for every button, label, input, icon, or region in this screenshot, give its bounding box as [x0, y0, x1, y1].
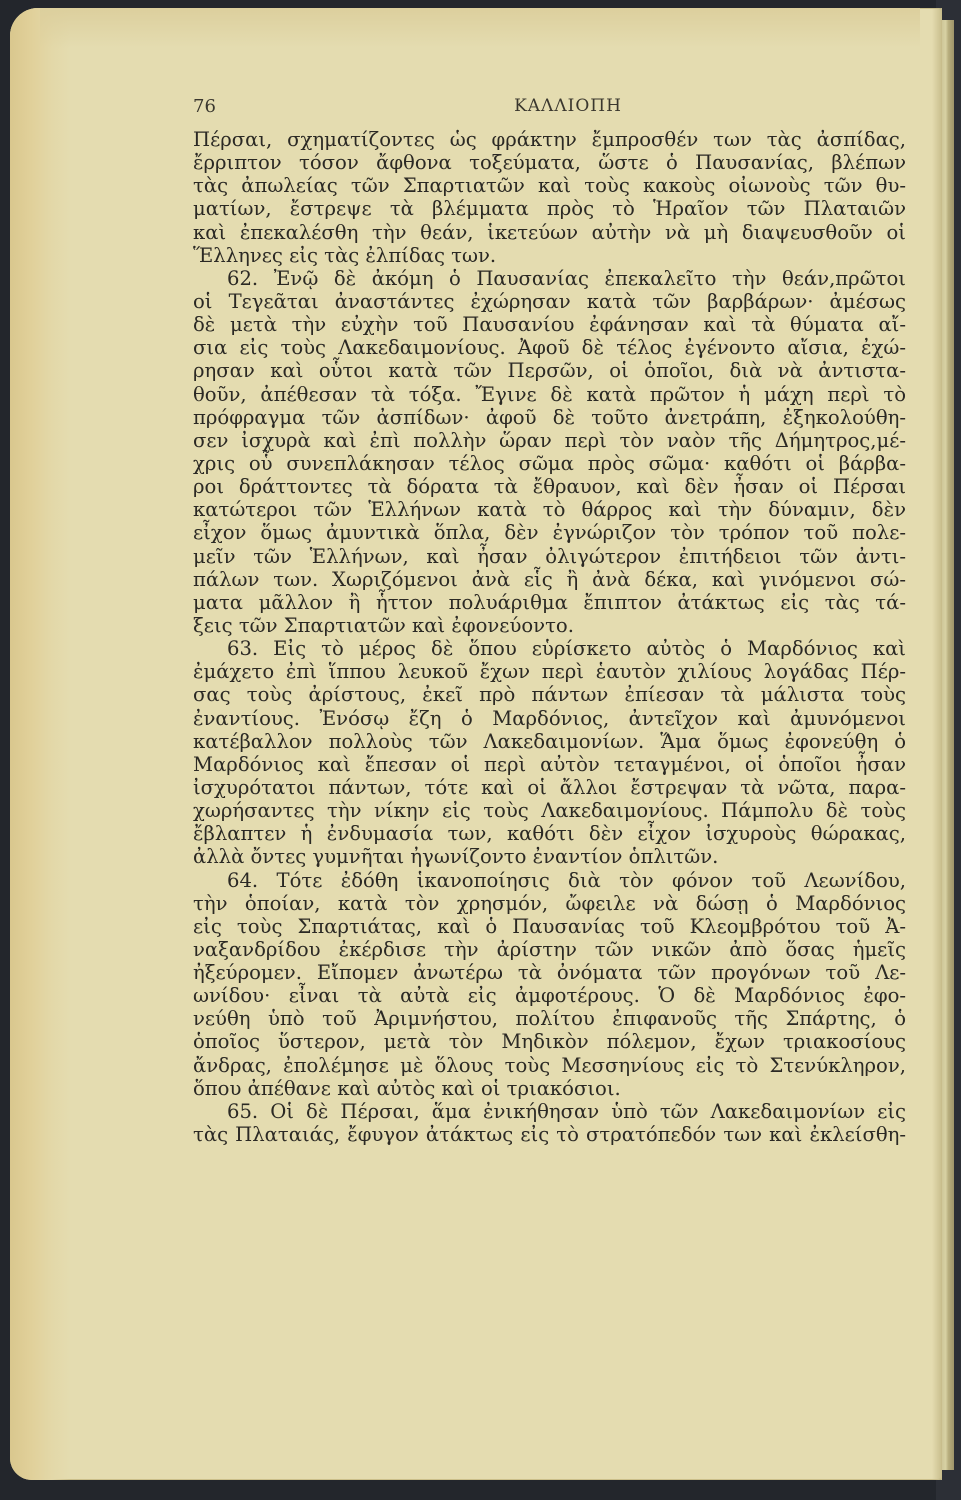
text-line: Μαρδόνιος καὶ ἔπεσαν οἱ περὶ αὐτὸν τεταγ…	[193, 753, 906, 776]
text-line: ἔβλαπτεν ἡ ἐνδυμασία των, καθότι δὲν εἶχ…	[193, 822, 906, 845]
text-line: ξεις τῶν Σπαρτιατῶν καὶ ἐφονεύοντο.	[193, 614, 906, 637]
text-line: Ἕλληνες εἰς τὰς ἐλπίδας των.	[193, 244, 906, 267]
text-line: κατέβαλλον πολλοὺς τῶν Λακεδαιμονίων. Ἅμ…	[193, 730, 906, 753]
text-line: σια εἰς τοὺς Λακεδαιμονίους. Ἀφοῦ δὲ τέλ…	[193, 336, 906, 359]
text-line: ἀλλὰ ὄντες γυμνῆται ἠγωνίζοντο ἐναντίον …	[193, 845, 906, 868]
body-text: Πέρσαι, σχηματίζοντες ὡς φράκτην ἔμπροσθ…	[193, 128, 906, 1146]
text-line: ρησαν καὶ οὗτοι κατὰ τῶν Περσῶν, οἱ ὁποῖ…	[193, 359, 906, 382]
text-line: 65. Οἱ δὲ Πέρσαι, ἅμα ἐνικήθησαν ὑπὸ τῶν…	[193, 1100, 906, 1123]
text-line: ἠξεύρομεν. Εἴπομεν ἀνωτέρω τὰ ὀνόματα τῶ…	[193, 961, 906, 984]
text-line: ναξανδρίδου ἐκέρδισε τὴν ἀρίστην τῶν νικ…	[193, 938, 906, 961]
running-title: ΚΑΛΛΙΟΠΗ	[193, 96, 903, 116]
text-line: δὲ μετὰ τὴν εὐχὴν τοῦ Παυσανίου ἐφάνησαν…	[193, 313, 906, 336]
text-line: ματα μᾶλλον ἢ ἧττον πολυάριθμα ἔπιπτον ἀ…	[193, 591, 906, 614]
text-line: χωρήσαντες τὴν νίκην εἰς τοὺς Λακεδαιμον…	[193, 799, 906, 822]
page-stack-edges	[940, 20, 954, 1470]
text-line: εἶχον ὅμως ἀμυντικὰ ὅπλα, δὲν ἐγνώριζον …	[193, 521, 906, 544]
text-line: ἐμάχετο ἐπὶ ἵππου λευκοῦ ἔχων περὶ ἑαυτὸ…	[193, 660, 906, 683]
text-line: μεῖν τῶν Ἑλλήνων, καὶ ἦσαν ὀλιγώτερον ἐπ…	[193, 545, 906, 568]
text-line: τὰς ἀπωλείας τῶν Σπαρτιατῶν καὶ τοὺς κακ…	[193, 174, 906, 197]
text-line: ωνίδου· εἶναι τὰ αὐτὰ εἰς ἀμφοτέρους. Ὁ …	[193, 984, 906, 1007]
page-gutter-shadow	[932, 8, 942, 1480]
running-head: 76 ΚΑΛΛΙΟΠΗ	[193, 96, 903, 120]
text-line: χρις οὗ συνεπλάκησαν τέλος σῶμα πρὸς σῶμ…	[193, 452, 906, 475]
text-line: ὅπου ἀπέθανε καὶ αὐτὸς καὶ οἱ τριακόσιοι…	[193, 1077, 906, 1100]
text-line: πρόφραγμα τῶν ἀσπίδων· ἀφοῦ δὲ τοῦτο ἀνε…	[193, 406, 906, 429]
text-line: τὰς Πλαταιάς, ἔφυγον ἀτάκτως εἰς τὸ στρα…	[193, 1123, 906, 1146]
text-line: οἱ Τεγεᾶται ἀναστάντες ἐχώρησαν κατὰ τῶν…	[193, 290, 906, 313]
text-line: ἰσχυρότατοι πάντων, τότε καὶ οἱ ἄλλοι ἔσ…	[193, 776, 906, 799]
text-line: θοῦν, ἀπέθεσαν τὰ τόξα. Ἔγινε δὲ κατὰ πρ…	[193, 383, 906, 406]
page-top-stain	[40, 8, 920, 48]
text-line: σεν ἰσχυρὰ καὶ ἐπὶ πολλὴν ὥραν περὶ τὸν …	[193, 429, 906, 452]
text-line: καὶ ἐπεκαλέσθη τὴν θεάν, ἱκετεύων αὐτὴν …	[193, 221, 906, 244]
text-line: εἰς τοὺς Σπαρτιάτας, καὶ ὁ Παυσανίας τοῦ…	[193, 915, 906, 938]
text-line: ἐναντίους. Ἐνόσῳ ἔζη ὁ Μαρδόνιος, ἀντεῖχ…	[193, 707, 906, 730]
page-edge-stain	[10, 8, 70, 1480]
text-line: πάλων των. Χωριζόμενοι ἀνὰ εἷς ἢ ἀνὰ δέκ…	[193, 568, 906, 591]
text-line: ἄνδρας, ἐπολέμησε μὲ ὅλους τοὺς Μεσσηνίο…	[193, 1054, 906, 1077]
text-line: ροι δράττοντες τὰ δόρατα τὰ ἔθραυον, καὶ…	[193, 475, 906, 498]
text-line: 62. Ἐνῷ δὲ ἀκόμη ὁ Παυσανίας ἐπεκαλεῖτο …	[193, 267, 906, 290]
text-line: Πέρσαι, σχηματίζοντες ὡς φράκτην ἔμπροσθ…	[193, 128, 906, 151]
text-line: ματίων, ἔστρεψε τὰ βλέμματα πρὸς τὸ Ἡραῖ…	[193, 197, 906, 220]
text-line: 64. Τότε ἐδόθη ἱκανοποίησις διὰ τὸν φόνο…	[193, 869, 906, 892]
text-line: τὴν ὁποίαν, κατὰ τὸν χρησμόν, ὤφειλε νὰ …	[193, 892, 906, 915]
text-line: κατώτεροι τῶν Ἑλλήνων κατὰ τὸ θάρρος καὶ…	[193, 498, 906, 521]
text-line: ὁποῖος ὕστερον, μετὰ τὸν Μηδικὸν πόλεμον…	[193, 1030, 906, 1053]
text-line: σας τοὺς ἀρίστους, ἐκεῖ πρὸ πάντων ἐπίεσ…	[193, 683, 906, 706]
text-line: ἔρριπτον τόσον ἄφθονα τοξεύματα, ὥστε ὁ …	[193, 151, 906, 174]
text-line: 63. Εἰς τὸ μέρος δὲ ὅπου εὑρίσκετο αὐτὸς…	[193, 637, 906, 660]
text-line: νεύθη ὑπὸ τοῦ Ἀριμνήστου, πολίτου ἐπιφαν…	[193, 1007, 906, 1030]
